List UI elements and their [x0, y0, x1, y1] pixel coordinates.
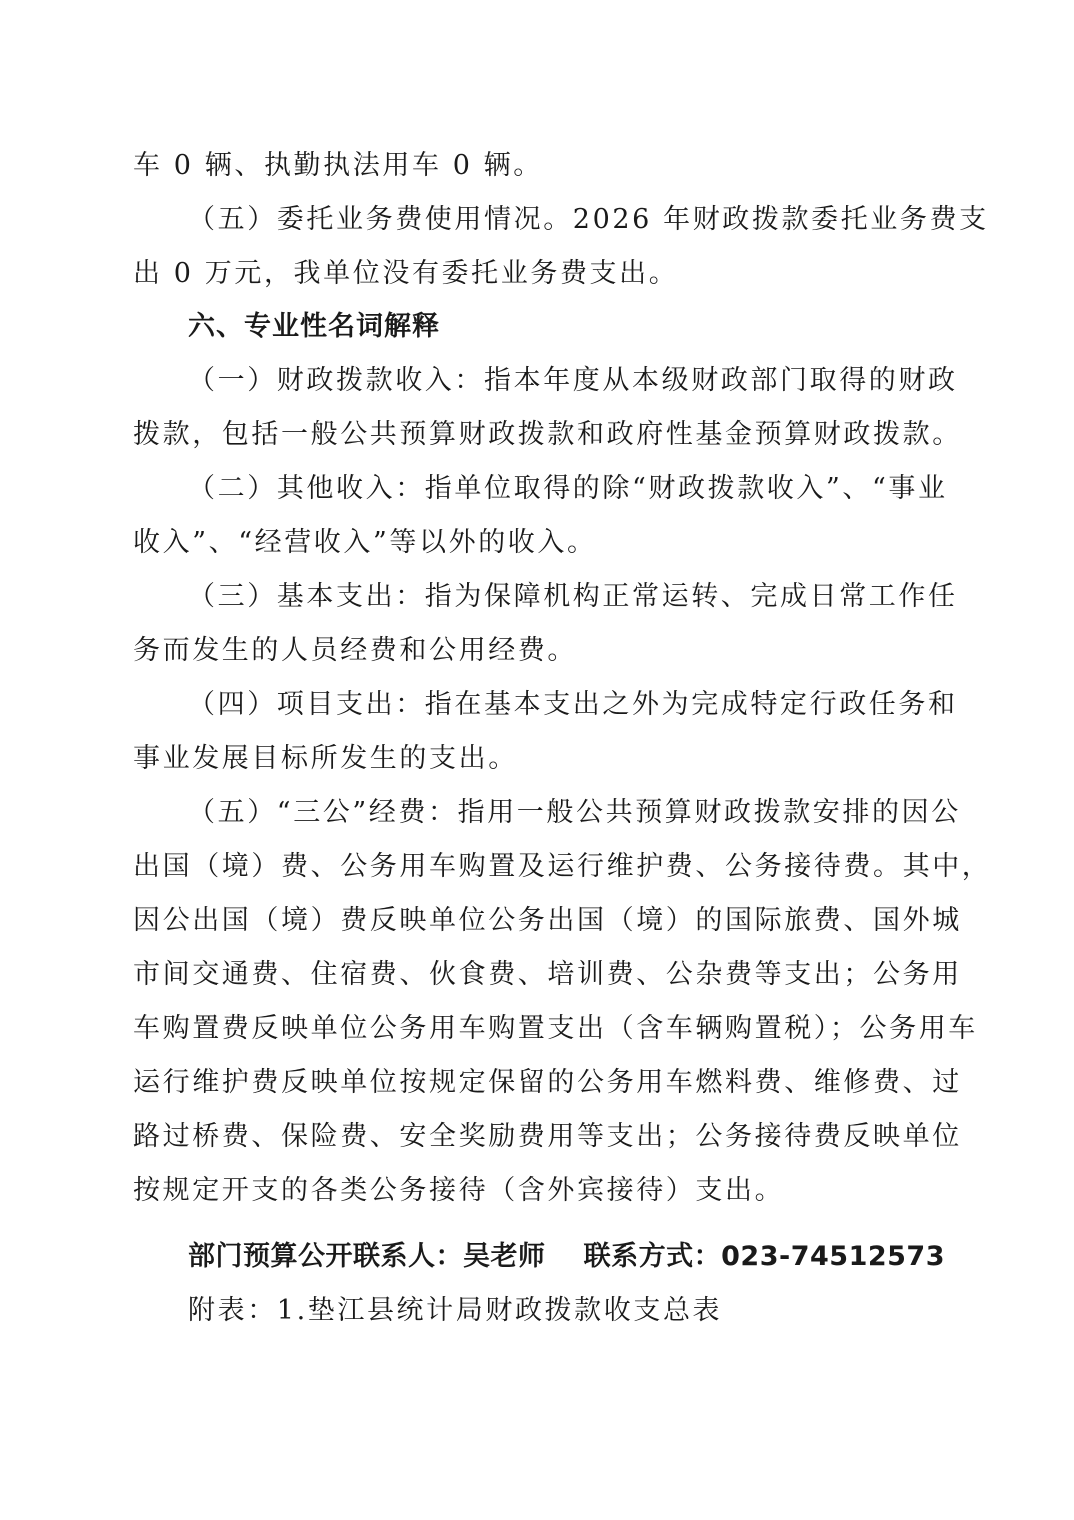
definition-line: 路过桥费、保险费、安全奖励费用等支出；公务接待费反映单位	[133, 1117, 945, 1157]
definition-line: （一）财政拨款收入：指本年度从本级财政部门取得的财政	[188, 361, 945, 401]
definition-line: 车购置费反映单位公务用车购置支出（含车辆购置税）；公务用车	[133, 1009, 945, 1049]
definition-line: 市间交通费、住宿费、伙食费、培训费、公杂费等支出；公务用	[133, 955, 945, 995]
contact-person: 部门预算公开联系人：吴老师	[188, 1237, 546, 1277]
attachment-line: 附表：1.垫江县统计局财政拨款收支总表	[188, 1291, 945, 1331]
section-heading: 六、专业性名词解释	[188, 307, 945, 347]
definition-line: （四）项目支出：指在基本支出之外为完成特定行政任务和	[188, 685, 945, 725]
definition-line: （三）基本支出：指为保障机构正常运转、完成日常工作任	[188, 577, 945, 617]
paragraph-line: 出 0 万元，我单位没有委托业务费支出。	[133, 254, 945, 294]
paragraph-line: （五）委托业务费使用情况。2026 年财政拨款委托业务费支	[188, 200, 945, 240]
definition-line: 拨款，包括一般公共预算财政拨款和政府性基金预算财政拨款。	[133, 415, 945, 455]
document-page: 车 0 辆、执勤执法用车 0 辆。 （五）委托业务费使用情况。2026 年财政拨…	[0, 0, 1074, 1520]
definition-line: （五）“三公”经费：指用一般公共预算财政拨款安排的因公	[188, 793, 945, 833]
paragraph-line: 车 0 辆、执勤执法用车 0 辆。	[133, 146, 945, 186]
definition-line: 出国（境）费、公务用车购置及运行维护费、公务接待费。其中，	[133, 847, 945, 887]
definition-line: 事业发展目标所发生的支出。	[133, 739, 945, 779]
definition-line: 收入”、“经营收入”等以外的收入。	[133, 523, 945, 563]
definition-line: （二）其他收入：指单位取得的除“财政拨款收入”、“事业	[188, 469, 945, 509]
definition-line: 务而发生的人员经费和公用经费。	[133, 631, 945, 671]
definition-line: 运行维护费反映单位按规定保留的公务用车燃料费、维修费、过	[133, 1063, 945, 1103]
contact-phone: 联系方式：023-74512573	[584, 1237, 945, 1277]
definition-line: 因公出国（境）费反映单位公务出国（境）的国际旅费、国外城	[133, 901, 945, 941]
definition-line: 按规定开支的各类公务接待（含外宾接待）支出。	[133, 1171, 945, 1211]
contact-line: 部门预算公开联系人：吴老师 联系方式：023-74512573	[188, 1237, 945, 1277]
